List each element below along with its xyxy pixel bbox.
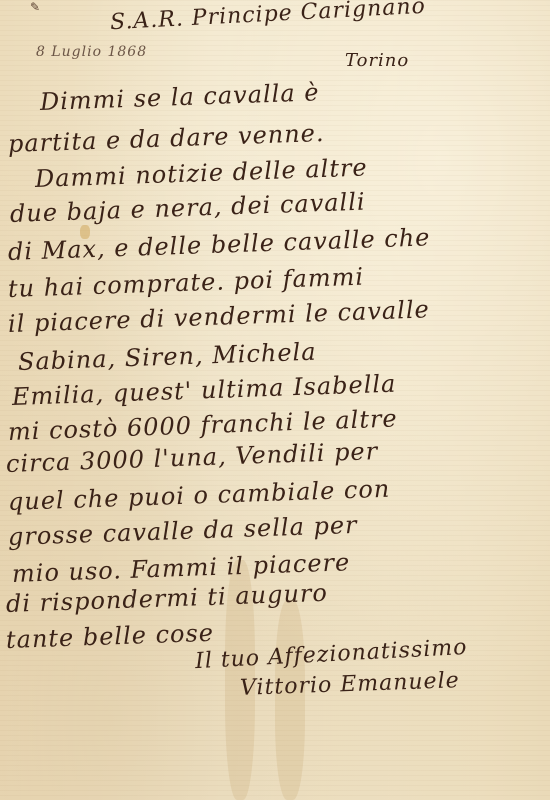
body-line: il piacere di vendermi le cavalle xyxy=(8,295,431,338)
signature: Vittorio Emanuele xyxy=(240,668,460,701)
body-line: quel che puoi o cambiale con xyxy=(8,475,391,516)
body-line: grosse cavalle da sella per xyxy=(8,511,358,551)
body-line: partita e da dare venne. xyxy=(8,119,325,158)
body-line: Dimmi se la cavalla è xyxy=(40,78,320,116)
body-line: di Max, e delle belle cavalle che xyxy=(8,223,431,266)
letter-page: ✎ S.A.R. Principe Carignano Torino 8 Lug… xyxy=(0,0,550,800)
body-line: tante belle cose xyxy=(6,619,215,654)
corner-mark: ✎ xyxy=(30,0,52,14)
water-stain xyxy=(275,600,305,800)
body-line: Sabina, Siren, Michela xyxy=(18,338,317,376)
place: Torino xyxy=(345,50,409,71)
letter-date: 8 Luglio 1868 xyxy=(36,44,147,60)
body-line: tu hai comprate. poi fammi xyxy=(8,263,365,303)
body-line: Dammi notizie delle altre xyxy=(35,153,369,193)
addressee: S.A.R. Principe Carignano xyxy=(110,0,427,35)
body-line: due baja e nera, dei cavalli xyxy=(10,188,367,228)
body-line: Emilia, quest' ultima Isabella xyxy=(12,370,397,411)
